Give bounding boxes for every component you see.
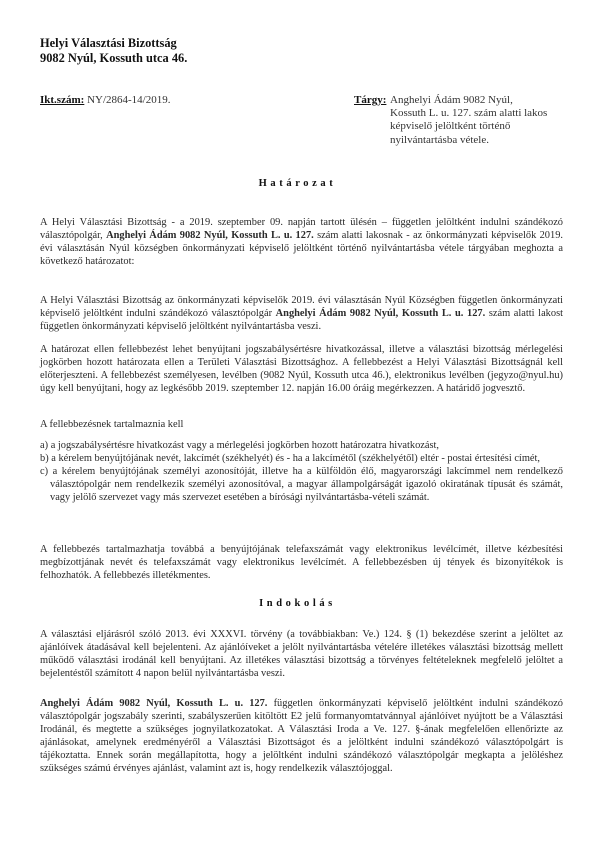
subject-line: nyilvántartásba vétele.: [390, 134, 590, 147]
applicant-name: Anghelyi Ádám 9082 Nyúl, Kossuth L. u. 1…: [40, 698, 267, 709]
decision-intro-paragraph: A Helyi Választási Bizottság - a 2019. s…: [40, 216, 563, 268]
letterhead: Helyi Választási Bizottság 9082 Nyúl, Ko…: [40, 36, 187, 66]
reference-label: Ikt.szám:: [40, 94, 84, 106]
appeal-contents-intro: A fellebbezésnek tartalmaznia kell: [40, 418, 563, 431]
applicant-name: Anghelyi Ádám 9082 Nyúl, Kossuth L. u. 1…: [276, 308, 486, 319]
decision-title: Határozat: [0, 178, 595, 189]
document-page: Helyi Választási Bizottság 9082 Nyúl, Ko…: [0, 0, 595, 842]
org-name: Helyi Választási Bizottság: [40, 36, 187, 51]
reasoning-paragraph-2: Anghelyi Ádám 9082 Nyúl, Kossuth L. u. 1…: [40, 697, 563, 776]
list-text: a kérelem benyújtójának nevét, lakcímét …: [51, 453, 540, 464]
list-item: b) a kérelem benyújtójának nevét, lakcím…: [40, 452, 563, 465]
subject-line: Kossuth L. u. 127. szám alatti lakos: [390, 107, 590, 120]
appeal-paragraph: A határozat ellen fellebbezést lehet ben…: [40, 343, 563, 395]
org-address: 9082 Nyúl, Kossuth utca 46.: [40, 51, 187, 66]
appeal-contents-list: a) a jogszabálysértésre hivatkozást vagy…: [40, 439, 563, 504]
subject-line: Anghelyi Ádám 9082 Nyúl,: [390, 94, 590, 107]
list-item: c) a kérelem benyújtójának személyi azon…: [40, 465, 563, 504]
subject-text: Anghelyi Ádám 9082 Nyúl, Kossuth L. u. 1…: [390, 94, 590, 147]
reasoning-paragraph-1: A választási eljárásról szóló 2013. évi …: [40, 628, 563, 680]
list-marker: a): [40, 440, 48, 451]
appeal-optional-paragraph: A fellebbezés tartalmazhatja továbbá a b…: [40, 543, 563, 582]
reasoning-text: független önkormányzati képviselő jelölt…: [40, 698, 563, 774]
subject-line: képviselő jelöltként történő: [390, 120, 590, 133]
list-marker: b): [40, 453, 49, 464]
reference-number: Ikt.szám: NY/2864-14/2019.: [40, 94, 170, 107]
applicant-name: Anghelyi Ádám 9082 Nyúl, Kossuth L. u. 1…: [106, 230, 314, 241]
subject-label: Tárgy:: [354, 94, 386, 107]
ruling-paragraph: A Helyi Választási Bizottság az önkormán…: [40, 294, 563, 333]
reasoning-title: Indokolás: [0, 598, 595, 609]
list-marker: c): [40, 466, 48, 477]
list-item: a) a jogszabálysértésre hivatkozást vagy…: [40, 439, 563, 452]
list-text: a jogszabálysértésre hivatkozást vagy a …: [51, 440, 439, 451]
list-text: a kérelem benyújtójának személyi azonosí…: [50, 466, 563, 503]
reference-value: NY/2864-14/2019.: [87, 94, 170, 106]
